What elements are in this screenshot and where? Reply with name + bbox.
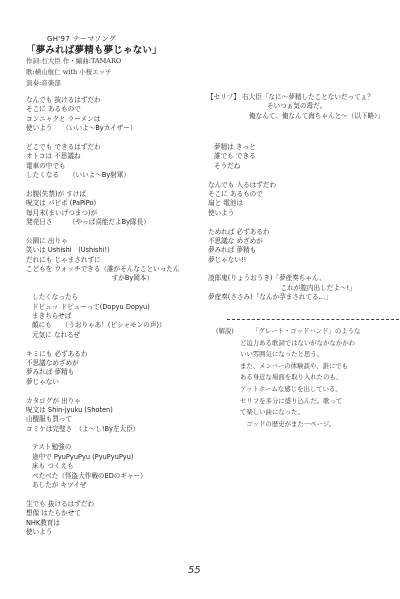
commentary-line: いい雰囲気になったと思う。 <box>240 349 360 361</box>
stanza-7: カタログが 出りゃ 呪文は Shin-jyuku (Shoten) 山醍服も買っ… <box>26 397 180 435</box>
commentary-line: て楽しい曲になった。 <box>240 407 360 419</box>
lyric-line: 発売日さ （やっぱ喜能だよBy隊長） <box>26 218 180 227</box>
dialogue-block: 凌郎鬼(りょうおうき)「夢産奏ちゃん、 これが膣内出しだよ〜!」 夢産奏(ささみ… <box>208 274 356 302</box>
section-divider <box>227 319 399 320</box>
lyric-line: 想像 はたらかせて <box>26 509 180 518</box>
stanza-9: 生でも 抜けるはずだわ 想像 はたらかせて NHK教育は 使いよう <box>26 500 180 538</box>
commentary-line: ゴッドの歴史がまた一ページ。 <box>240 419 360 431</box>
page-number: 55 <box>188 565 201 576</box>
commentary-line: また、メンバーの体験談や、誰にでも <box>240 361 360 373</box>
lyric-line: コンニャクと ラーメンは <box>26 115 180 124</box>
commentary-line: ど迫力ある歌詞ではないがなかなかかわ <box>240 338 360 350</box>
commentary-block: (解説) 「グレート・ゴッドハンド」のような ど迫力ある歌詞ではないがなかなかか… <box>216 326 360 430</box>
stanza-3: お腹(失禁)が すけば 呪文は パピポ (PaPiPo) 毎月末(まいげつまつ)… <box>26 190 180 228</box>
lyric-line: べたべた（怪盗大作戦のEDのギャー） <box>32 472 180 481</box>
credit-lyrics-composer: 作詞:右大臣 作・編曲:TAMARO <box>26 56 121 65</box>
lyric-line: テスト勉強の <box>32 443 180 452</box>
lyric-line: すかBy岡本） <box>26 274 180 283</box>
lyric-line: ドピュッ ドピューって(Dopyu Dopyu) <box>32 303 180 312</box>
lyric-line: したくなる （いいよ〜By射軍） <box>26 171 180 180</box>
stanza-5: したくなったら ドピュッ ドピューって(Dopyu Dopyu) まきちらせば … <box>26 293 180 340</box>
lyric-line: 使いよう <box>208 209 356 218</box>
commentary-line: セリフを多分に盛り込んだ。歌って <box>240 396 360 408</box>
lyric-line: そうだね <box>214 162 356 171</box>
lyric-line: なんでも 抜けるはずだわ <box>26 96 180 105</box>
lyric-line: 夢じゃない!! <box>208 256 356 265</box>
lyric-line: 顔にも （うおりゃあ！(ピシャモンの声)） <box>32 321 180 330</box>
lyric-line: なんでも 入るはずだわ <box>208 181 356 190</box>
lyric-line: 使いよう <box>26 528 180 537</box>
lyric-line: 生でも 抜けるはずだわ <box>26 500 180 509</box>
lyric-line: 元気に なれるぜ <box>32 331 180 340</box>
song-title: 「夢みれば夢精も夢じゃない」 <box>26 42 162 56</box>
lyric-line: ためれば 必ずあるわ <box>208 228 356 237</box>
stanza-r2: なんでも 入るはずだわ そこに あるもので 扇と 電池は 使いよう <box>208 181 356 219</box>
serif-line: 右大臣「なに〜夢精したことないだってぇ？ <box>242 93 374 101</box>
lyric-line: 呪文は パピポ (PaPiPo) <box>26 199 180 208</box>
serif-line: 俺なんて、俺なんて海ちゃんと〜（以下略）」 <box>207 112 384 121</box>
lyric-line: まきちらせば <box>32 312 180 321</box>
lyric-line: どこでも できるはずだわ <box>26 143 180 152</box>
stanza-4: 公園に 出りゃ 笑いは Ushishi (Ushishi!) だれにも じゃまさ… <box>26 237 180 284</box>
lyric-line: 夢みれば 夢精も <box>26 368 180 377</box>
stanza-r1: 夢精は きっと 誰でも できる そうだね <box>208 143 356 171</box>
lyric-line: あしたが キツイぜ <box>32 481 180 490</box>
lyric-line: キミにも 必ずあるわ <box>26 350 180 359</box>
lyric-line: NHK教育は <box>26 519 180 528</box>
serif-block: 【セリフ】 右大臣「なに〜夢精したことないだってぇ？ そいつぁ気の毒だ。 俺なん… <box>207 93 384 121</box>
lyric-line: お腹(失禁)が すけば <box>26 190 180 199</box>
lyric-line: 毎月末(まいげつまつ)が <box>26 209 180 218</box>
lyric-line: 誰でも できる <box>214 152 356 161</box>
credit-performance: 演奏:音楽部 <box>26 78 61 87</box>
lyric-line: 扇と 電池は <box>208 199 356 208</box>
lyric-line: 笑いは Ushishi (Ushishi!) <box>26 246 180 255</box>
commentary-line: ある身近な場面を取り入れたのも、 <box>240 372 360 384</box>
lyric-line: 公園に 出りゃ <box>26 237 180 246</box>
dialogue-line: 凌郎鬼(りょうおうき)「夢産奏ちゃん、 <box>208 274 356 283</box>
lyric-line: 夢じゃない <box>26 378 180 387</box>
lyric-line: カタログが 出りゃ <box>26 397 180 406</box>
stanza-6: キミにも 必ずあるわ 不思議なめざめが 夢みれば 夢精も 夢じゃない <box>26 350 180 388</box>
lyric-line: そこに あるもので <box>26 105 180 114</box>
left-lyrics: なんでも 抜けるはずだわ そこに あるもので コンニャクと ラーメンは 使いよう… <box>26 96 180 537</box>
lyric-line: オトコは 不思議ね <box>26 152 180 161</box>
lyric-line: 呪文は Shin-jyuku (Shoten) <box>26 406 180 415</box>
stanza-r3: ためれば 必ずあるわ 不思議な めざめが 夢みれば 夢精も 夢じゃない!! <box>208 228 356 266</box>
commentary-line: アットホームな感じを出している。 <box>240 384 360 396</box>
lyric-line: 山醍服も買って <box>26 415 180 424</box>
lyric-line: 夢精は きっと <box>214 143 356 152</box>
lyric-line: 途中で PyuPyuPyu (PyuPyuPyu) <box>32 453 180 462</box>
lyric-line: だれにも じゃまされずに <box>26 256 180 265</box>
commentary-line: 「グレート・ゴッドハンド」のような <box>252 326 360 338</box>
lyric-line: したくなったら <box>32 293 180 302</box>
lyric-line: 不思議な めざめが <box>208 237 356 246</box>
dialogue-line: 夢産奏(ささみ)「なんか孕まされてる…」 <box>208 293 356 302</box>
dialogue-line: これが膣内出しだよ〜!」 <box>208 284 356 293</box>
lyric-line: 不思議なめざめが <box>26 359 180 368</box>
lyric-line: 床も つくえも <box>32 462 180 471</box>
serif-line: そいつぁ気の毒だ。 <box>207 102 384 111</box>
lyric-line: コミケは完璧さ （よ〜し!By左大臣） <box>26 425 180 434</box>
stanza-1: なんでも 抜けるはずだわ そこに あるもので コンニャクと ラーメンは 使いよう… <box>26 96 180 134</box>
lyric-line: そこに あるもので <box>208 190 356 199</box>
lyric-line: 電車の中でも <box>26 162 180 171</box>
lyric-line: 使いよう （いいよ〜Byカイザー） <box>26 124 180 133</box>
commentary-label: (解説) <box>216 326 234 338</box>
stanza-8: テスト勉強の 途中で PyuPyuPyu (PyuPyuPyu) 床も つくえも… <box>26 443 180 490</box>
lyric-line: 夢みれば 夢精も <box>208 246 356 255</box>
right-lyrics: 夢精は きっと 誰でも できる そうだね なんでも 入るはずだわ そこに あるも… <box>208 143 356 303</box>
serif-label: 【セリフ】 <box>207 93 240 101</box>
credit-vocals: 歌:横山航仁 with 小桜エッチ <box>26 67 112 76</box>
stanza-2: どこでも できるはずだわ オトコは 不思議ね 電車の中でも したくなる （いいよ… <box>26 143 180 181</box>
lyric-line: こどもを ウォッチできる（誰がそんなこといったん <box>26 265 180 274</box>
